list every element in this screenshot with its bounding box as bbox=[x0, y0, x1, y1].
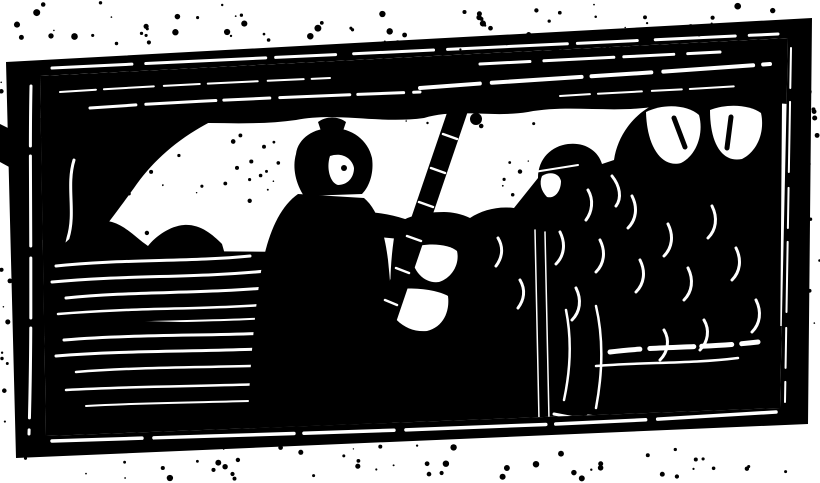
paper-speck bbox=[111, 16, 113, 18]
paper-speck bbox=[99, 1, 102, 4]
paper-speck bbox=[236, 458, 240, 462]
paper-speck bbox=[532, 122, 535, 125]
paper-speck bbox=[812, 109, 817, 114]
paper-speck bbox=[235, 15, 237, 17]
paper-speck bbox=[149, 170, 153, 174]
paper-speck bbox=[342, 454, 345, 457]
paper-speck bbox=[526, 32, 531, 37]
paper-speck bbox=[533, 461, 539, 467]
paper-speck bbox=[504, 39, 510, 45]
paper-speck bbox=[238, 133, 242, 137]
paper-speck bbox=[508, 161, 511, 164]
paper-speck bbox=[534, 8, 538, 12]
paper-speck bbox=[172, 29, 178, 35]
paper-speck bbox=[263, 33, 266, 36]
paper-speck bbox=[646, 22, 648, 24]
paper-speck bbox=[4, 421, 6, 423]
paper-speck bbox=[8, 279, 13, 284]
paper-speck bbox=[646, 453, 650, 457]
paper-speck bbox=[231, 139, 236, 144]
paper-speck bbox=[6, 362, 9, 365]
paper-speck bbox=[144, 24, 149, 29]
paper-speck bbox=[692, 468, 694, 470]
paper-speck bbox=[223, 182, 227, 186]
paper-speck bbox=[248, 178, 251, 181]
paper-speck bbox=[53, 30, 55, 32]
paper-speck bbox=[427, 472, 432, 477]
paper-speck bbox=[537, 204, 542, 209]
paper-speck bbox=[384, 40, 386, 42]
paper-speck bbox=[812, 115, 817, 120]
paper-speck bbox=[745, 467, 749, 471]
paper-speck bbox=[177, 154, 180, 157]
paper-speck bbox=[462, 10, 466, 14]
paper-speck bbox=[643, 15, 647, 19]
paper-speck bbox=[500, 474, 506, 480]
paper-speck bbox=[590, 469, 592, 471]
paper-speck bbox=[314, 25, 321, 32]
paper-speck bbox=[495, 40, 498, 43]
paper-speck bbox=[215, 460, 221, 466]
paper-speck bbox=[808, 289, 812, 293]
paper-speck bbox=[696, 44, 699, 47]
paper-speck bbox=[5, 319, 10, 324]
paper-speck bbox=[145, 34, 148, 37]
paper-speck bbox=[196, 192, 197, 193]
paper-speck bbox=[784, 470, 787, 473]
paper-speck bbox=[388, 100, 391, 103]
paper-speck bbox=[386, 28, 392, 34]
paper-speck bbox=[380, 110, 384, 114]
paper-speck bbox=[814, 322, 816, 324]
paper-speck bbox=[375, 468, 377, 470]
paper-speck bbox=[379, 11, 385, 17]
paper-speck bbox=[124, 477, 126, 479]
paper-speck bbox=[196, 16, 199, 19]
paper-speck bbox=[221, 4, 223, 6]
paper-speck bbox=[484, 24, 486, 26]
paper-speck bbox=[355, 464, 360, 469]
paper-speck bbox=[604, 47, 610, 53]
paper-speck bbox=[511, 193, 515, 197]
paper-speck bbox=[53, 451, 58, 456]
paper-speck bbox=[230, 472, 234, 476]
paper-speck bbox=[273, 141, 276, 144]
paper-speck bbox=[273, 180, 275, 182]
paper-speck bbox=[71, 33, 78, 40]
paper-speck bbox=[147, 40, 151, 44]
paper-speck bbox=[222, 464, 227, 469]
paper-speck bbox=[167, 475, 173, 481]
paper-speck bbox=[734, 3, 741, 10]
paper-speck bbox=[223, 448, 225, 450]
paper-speck bbox=[426, 122, 428, 124]
paper-speck bbox=[85, 473, 87, 475]
paper-speck bbox=[200, 185, 203, 188]
paper-speck bbox=[235, 166, 239, 170]
paper-speck bbox=[2, 388, 7, 393]
paper-speck bbox=[241, 21, 247, 27]
paper-speck bbox=[233, 477, 237, 481]
paper-speck bbox=[504, 465, 510, 471]
paper-speck bbox=[307, 33, 314, 40]
paper-speck bbox=[571, 470, 576, 475]
figure-eye-shadow bbox=[341, 165, 347, 171]
staff-tip-blob bbox=[470, 113, 482, 125]
paper-speck bbox=[548, 19, 551, 22]
paper-speck bbox=[393, 464, 395, 466]
paper-speck bbox=[41, 2, 46, 7]
paper-speck bbox=[349, 46, 351, 48]
paper-speck bbox=[259, 174, 263, 178]
paper-speck bbox=[320, 21, 324, 25]
paper-speck bbox=[21, 445, 26, 450]
paper-speck bbox=[14, 22, 20, 28]
paper-speck bbox=[211, 468, 215, 472]
paper-speck bbox=[162, 185, 164, 187]
paper-speck bbox=[712, 467, 716, 471]
paper-speck bbox=[553, 47, 559, 53]
paper-speck bbox=[74, 444, 77, 447]
paper-speck bbox=[357, 459, 361, 463]
paper-speck bbox=[276, 161, 280, 165]
paper-speck bbox=[405, 120, 407, 122]
paper-speck bbox=[0, 357, 3, 360]
paper-speck bbox=[175, 14, 181, 20]
paper-speck bbox=[140, 32, 143, 35]
paper-speck bbox=[249, 159, 253, 163]
paper-speck bbox=[267, 189, 269, 191]
paper-speck bbox=[224, 29, 230, 35]
paper-speck bbox=[312, 474, 315, 477]
paper-speck bbox=[675, 474, 679, 478]
paper-speck bbox=[147, 446, 149, 448]
paper-speck bbox=[770, 8, 775, 13]
paper-speck bbox=[48, 33, 53, 38]
paper-speck bbox=[558, 451, 564, 457]
paper-speck bbox=[248, 199, 252, 203]
paper-speck bbox=[419, 40, 421, 42]
paper-speck bbox=[787, 26, 794, 33]
paper-speck bbox=[806, 162, 810, 166]
paper-speck bbox=[83, 447, 86, 450]
paper-speck bbox=[230, 35, 232, 37]
paper-speck bbox=[518, 169, 522, 173]
paper-speck bbox=[683, 25, 686, 28]
paper-speck bbox=[262, 145, 266, 149]
paper-speck bbox=[809, 217, 812, 220]
paper-speck bbox=[502, 185, 504, 187]
woodcut-print bbox=[0, 0, 820, 483]
paper-speck bbox=[2, 150, 4, 152]
paper-speck bbox=[626, 44, 628, 46]
paper-speck bbox=[450, 444, 456, 450]
paper-speck bbox=[525, 202, 529, 206]
paper-speck bbox=[480, 17, 484, 21]
paper-speck bbox=[711, 22, 713, 24]
paper-speck bbox=[402, 33, 407, 38]
paper-speck bbox=[702, 457, 705, 460]
paper-speck bbox=[459, 48, 461, 50]
paper-speck bbox=[127, 192, 130, 195]
paper-speck bbox=[353, 448, 354, 449]
paper-speck bbox=[528, 160, 529, 161]
paper-speck bbox=[378, 445, 382, 449]
paper-speck bbox=[425, 461, 430, 466]
paper-speck bbox=[1, 352, 3, 354]
paper-speck bbox=[579, 475, 585, 481]
paper-speck bbox=[91, 34, 94, 37]
figure-headtop bbox=[318, 118, 346, 135]
print-scene bbox=[30, 28, 800, 448]
paper-speck bbox=[660, 472, 665, 477]
paper-speck bbox=[0, 82, 2, 84]
paper-speck bbox=[697, 33, 700, 36]
paper-speck bbox=[598, 461, 603, 466]
paper-speck bbox=[711, 16, 715, 20]
paper-speck bbox=[267, 38, 271, 42]
paper-speck bbox=[240, 14, 243, 17]
paper-speck bbox=[624, 27, 626, 29]
paper-speck bbox=[3, 306, 5, 308]
paper-speck bbox=[688, 24, 694, 30]
paper-speck bbox=[503, 178, 506, 181]
paper-speck bbox=[19, 35, 24, 40]
paper-speck bbox=[594, 15, 597, 18]
paper-speck bbox=[404, 115, 409, 120]
paper-speck bbox=[488, 26, 493, 31]
paper-speck bbox=[440, 471, 444, 475]
paper-speck bbox=[123, 461, 126, 464]
paper-speck bbox=[593, 4, 595, 6]
paper-speck bbox=[425, 101, 427, 103]
paper-speck bbox=[115, 42, 118, 45]
paper-speck bbox=[24, 457, 27, 460]
paper-speck bbox=[395, 40, 401, 46]
paper-speck bbox=[806, 89, 811, 94]
paper-speck bbox=[437, 108, 441, 112]
paper-speck bbox=[694, 457, 698, 461]
paper-speck bbox=[161, 466, 165, 470]
paper-speck bbox=[278, 445, 283, 450]
paper-speck bbox=[416, 444, 418, 446]
paper-speck bbox=[558, 11, 562, 15]
paper-speck bbox=[33, 9, 40, 16]
paper-speck bbox=[145, 231, 149, 235]
woodcut-print-page: Rectangular woodcut print, slightly skew… bbox=[0, 0, 820, 483]
paper-speck bbox=[265, 170, 268, 173]
paper-speck bbox=[443, 460, 449, 466]
paper-speck bbox=[298, 450, 303, 455]
paper-speck bbox=[815, 133, 820, 138]
paper-speck bbox=[674, 448, 677, 451]
paper-speck bbox=[196, 460, 199, 463]
paper-speck bbox=[479, 124, 484, 129]
paper-speck bbox=[349, 27, 352, 30]
